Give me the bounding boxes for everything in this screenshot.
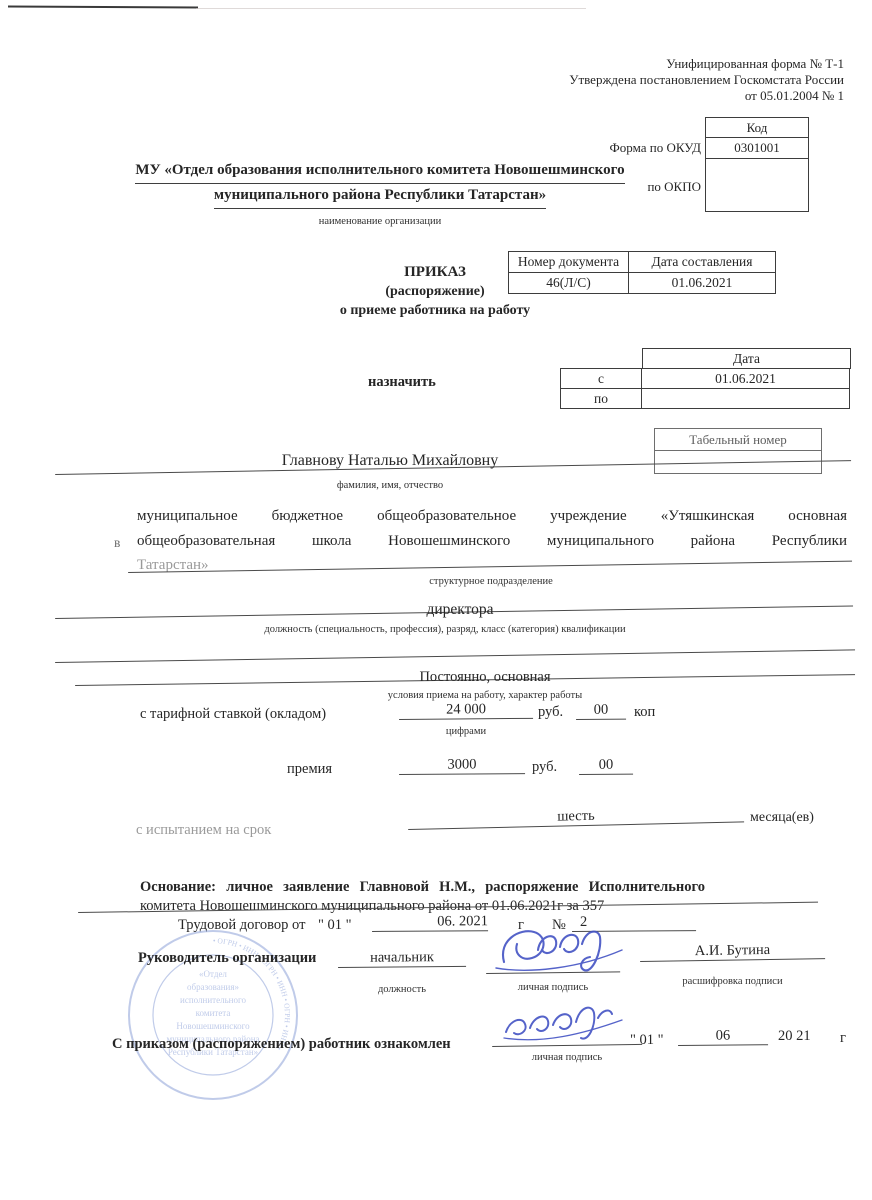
document-page: Унифицированная форма № Т-1 Утверждена п…: [0, 0, 872, 1200]
division-line1: муниципальное бюджетное общеобразователь…: [137, 508, 847, 525]
doc-number-value: 46(Л/С): [508, 272, 629, 294]
salary-kop-label: коп: [634, 704, 655, 721]
director-label: Руководитель организации: [138, 950, 316, 967]
salary-rub-label: руб.: [538, 704, 563, 721]
division-caption: структурное подразделение: [135, 576, 847, 587]
scan-artifact-line: [8, 6, 198, 9]
organization-name-line1-wrap: МУ «Отдел образования исполнительного ко…: [60, 159, 700, 184]
date-from-value: 01.06.2021: [641, 368, 850, 389]
salary-label: с тарифной ставкой (окладом): [140, 706, 326, 723]
stamp-center-line: «Отдел: [199, 969, 227, 979]
organization-caption: наименование организации: [60, 210, 700, 233]
employee-name-caption: фамилия, имя, отчество: [190, 480, 590, 491]
salary-caption: цифрами: [399, 726, 533, 737]
organization-name-line1: МУ «Отдел образования исполнительного ко…: [135, 159, 624, 184]
acknowledgement-label: С приказом (распоряжением) работник озна…: [112, 1036, 451, 1053]
doc-number-header: Номер документа: [508, 251, 629, 273]
director-signature-caption: личная подпись: [486, 982, 620, 993]
form-header-line: Унифицированная форма № Т-1: [430, 56, 844, 72]
bonus-kopecks: 00: [579, 757, 633, 775]
organization-name-line2: муниципального района Республики Татарст…: [214, 184, 546, 209]
okud-value-cell: 0301001: [705, 137, 809, 159]
probation-label: с испытанием на срок: [136, 822, 271, 839]
director-name: А.И. Бутина: [640, 941, 825, 962]
bonus-label: премия: [287, 761, 332, 778]
code-table-header: Код: [705, 117, 809, 138]
bonus-rub-label: руб.: [532, 759, 557, 776]
date-table-header: Дата: [642, 348, 851, 369]
probation-unit: месяца(ев): [750, 810, 814, 826]
order-about: о приеме работника на работу: [330, 301, 540, 320]
director-position-caption: должность: [338, 984, 466, 995]
date-to-label: по: [560, 388, 642, 409]
document-number-table: Номер документа Дата составления 46(Л/С)…: [508, 251, 776, 294]
salary-amount: 24 000: [399, 701, 533, 720]
stamp-center-line: образования»: [187, 982, 239, 992]
director-name-caption: расшифровка подписи: [640, 976, 825, 987]
stamp-center-line: комитета: [196, 1008, 231, 1018]
acknowledgement-year: 20 21: [778, 1028, 811, 1045]
employee-signature: [498, 1002, 628, 1046]
position-caption: должность (специальность, профессия), ра…: [80, 624, 810, 635]
acknowledgement-day: " 01 ": [630, 1032, 664, 1049]
employee-signature-caption: личная подпись: [500, 1052, 634, 1063]
contract-month: 06. 2021: [372, 913, 488, 932]
director-signature: [490, 924, 630, 979]
stamp-center-line: Новошешминского: [176, 1021, 250, 1031]
date-to-value: [641, 388, 850, 409]
organization-name-line2-wrap: муниципального района Республики Татарст…: [60, 184, 700, 209]
appoint-verb: назначить: [368, 374, 436, 391]
contract-day: " 01 ": [318, 917, 352, 934]
stamp-center-line: исполнительного: [180, 995, 246, 1005]
acknowledgement-year-letter: г: [840, 1030, 846, 1047]
bonus-amount: 3000: [399, 756, 525, 775]
form-header: Унифицированная форма № Т-1 Утверждена п…: [430, 56, 844, 104]
form-header-line: Утверждена постановлением Госкомстата Ро…: [430, 72, 844, 88]
position-value: директора: [135, 601, 785, 619]
organization-name: МУ «Отдел образования исполнительного ко…: [60, 159, 700, 233]
conditions-caption: условия приема на работу, характер работ…: [155, 690, 815, 701]
director-position: начальник: [338, 949, 466, 968]
division-prefix: в: [114, 535, 120, 551]
date-from-label: с: [560, 368, 642, 389]
scan-artifact-line-faint: [196, 8, 586, 9]
form-header-line: от 05.01.2004 № 1: [430, 88, 844, 104]
probation-value: шесть: [408, 804, 744, 830]
employee-name: Главнову Наталью Михайловну: [190, 452, 590, 470]
salary-kopecks: 00: [576, 702, 626, 720]
doc-date-value: 01.06.2021: [628, 272, 776, 294]
okpo-value-cell: [705, 158, 809, 212]
acknowledgement-month: 06: [678, 1027, 768, 1046]
conditions-value: Постоянно, основная: [135, 669, 835, 686]
okud-label: Форма по ОКУД: [575, 140, 701, 156]
appointment-date-table: Дата с 01.06.2021 по: [560, 348, 851, 409]
okud-code-table: Код 0301001: [705, 117, 809, 212]
doc-date-header: Дата составления: [628, 251, 776, 273]
